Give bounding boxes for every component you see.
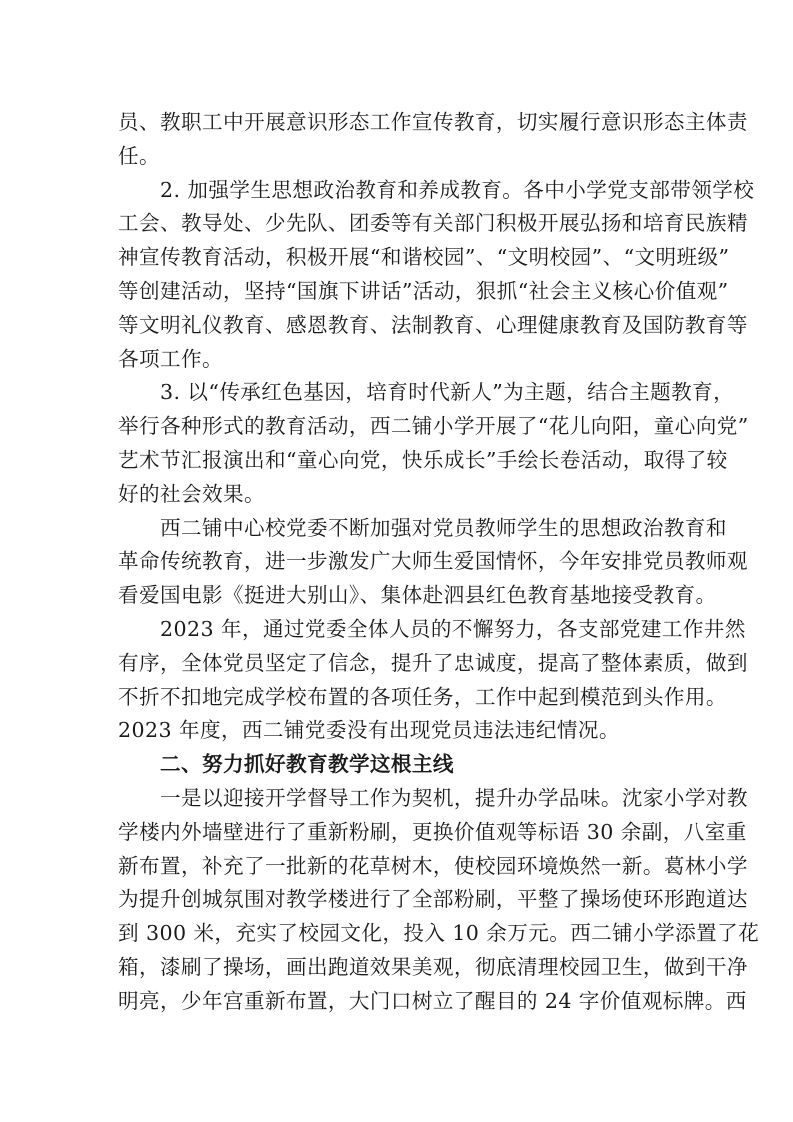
text-line: 新布置，补充了一批新的花草树木，使校园环境焕然一新。葛林小学 xyxy=(118,850,674,884)
section-heading: 二、努力抓好教育教学这根主线 xyxy=(118,748,674,782)
document-page: 员、教职工中开展意识形态工作宣传教育，切实履行意识形态主体责 任。 2. 加强学… xyxy=(118,106,674,1019)
paragraph-2023-summary: 2023 年，通过党委全体人员的不懈努力，各支部党建工作井然 有序，全体党员坚定… xyxy=(118,613,674,748)
heading-line: 二、努力抓好教育教学这根主线 xyxy=(118,748,674,782)
paragraph-continuation: 员、教职工中开展意识形态工作宣传教育，切实履行意识形态主体责 任。 xyxy=(118,106,674,174)
text-line: 为提升创城氛围对教学楼进行了全部粉刷，平整了操场使环形跑道达 xyxy=(118,883,674,917)
text-line: 2023 年度，西二铺党委没有出现党员违法违纪情况。 xyxy=(118,714,674,748)
text-line: 看爱国电影《挺进大别山》、集体赴泗县红色教育基地接受教育。 xyxy=(118,579,674,613)
text-line: 等文明礼仪教育、感恩教育、法制教育、心理健康教育及国防教育等 xyxy=(118,309,674,343)
text-line: 神宣传教育活动，积极开展“和谐校园”、“文明校园”、“文明班级” xyxy=(118,241,674,275)
text-line: 西二铺中心校党委不断加强对党员教师学生的思想政治教育和 xyxy=(118,512,674,546)
text-line: 等创建活动，坚持“国旗下讲话”活动，狠抓“社会主义核心价值观” xyxy=(118,275,674,309)
paragraph-school-improvement: 一是以迎接开学督导工作为契机，提升办学品味。沈家小学对教 学楼内外墙壁进行了重新… xyxy=(118,782,674,1019)
paragraph-student-education: 2. 加强学生思想政治教育和养成教育。各中小学党支部带领学校 工会、教导处、少先… xyxy=(118,174,674,377)
text-line: 工会、教导处、少先队、团委等有关部门积极开展弘扬和培育民族精 xyxy=(118,207,674,241)
text-line: 各项工作。 xyxy=(118,343,674,377)
paragraph-red-gene: 3. 以“传承红色基因，培育时代新人”为主题，结合主题教育， 举行各种形式的教育… xyxy=(118,376,674,511)
text-line: 举行各种形式的教育活动，西二铺小学开展了“花儿向阳，童心向党” xyxy=(118,410,674,444)
text-line: 任。 xyxy=(118,140,674,174)
text-line: 2. 加强学生思想政治教育和养成教育。各中小学党支部带领学校 xyxy=(118,174,674,208)
text-line: 好的社会效果。 xyxy=(118,478,674,512)
text-line: 不折不扣地完成学校布置的各项任务，工作中起到模范到头作用。 xyxy=(118,681,674,715)
text-line: 箱，漆刷了操场，画出跑道效果美观，彻底清理校园卫生，做到干净 xyxy=(118,951,674,985)
text-line: 有序，全体党员坚定了信念，提升了忠诚度，提高了整体素质，做到 xyxy=(118,647,674,681)
text-line: 到 300 米，充实了校园文化，投入 10 余万元。西二铺小学添置了花 xyxy=(118,917,674,951)
text-line: 2023 年，通过党委全体人员的不懈努力，各支部党建工作井然 xyxy=(118,613,674,647)
text-line: 员、教职工中开展意识形态工作宣传教育，切实履行意识形态主体责 xyxy=(118,106,674,140)
text-line: 明亮，少年宫重新布置，大门口树立了醒目的 24 字价值观标牌。西 xyxy=(118,985,674,1019)
text-line: 学楼内外墙壁进行了重新粉刷，更换价值观等标语 30 余副，八室重 xyxy=(118,816,674,850)
paragraph-party-committee: 西二铺中心校党委不断加强对党员教师学生的思想政治教育和 革命传统教育，进一步激发… xyxy=(118,512,674,613)
text-line: 3. 以“传承红色基因，培育时代新人”为主题，结合主题教育， xyxy=(118,376,674,410)
text-line: 革命传统教育，进一步激发广大师生爱国情怀，今年安排党员教师观 xyxy=(118,545,674,579)
text-line: 一是以迎接开学督导工作为契机，提升办学品味。沈家小学对教 xyxy=(118,782,674,816)
text-line: 艺术节汇报演出和“童心向党，快乐成长”手绘长卷活动，取得了较 xyxy=(118,444,674,478)
